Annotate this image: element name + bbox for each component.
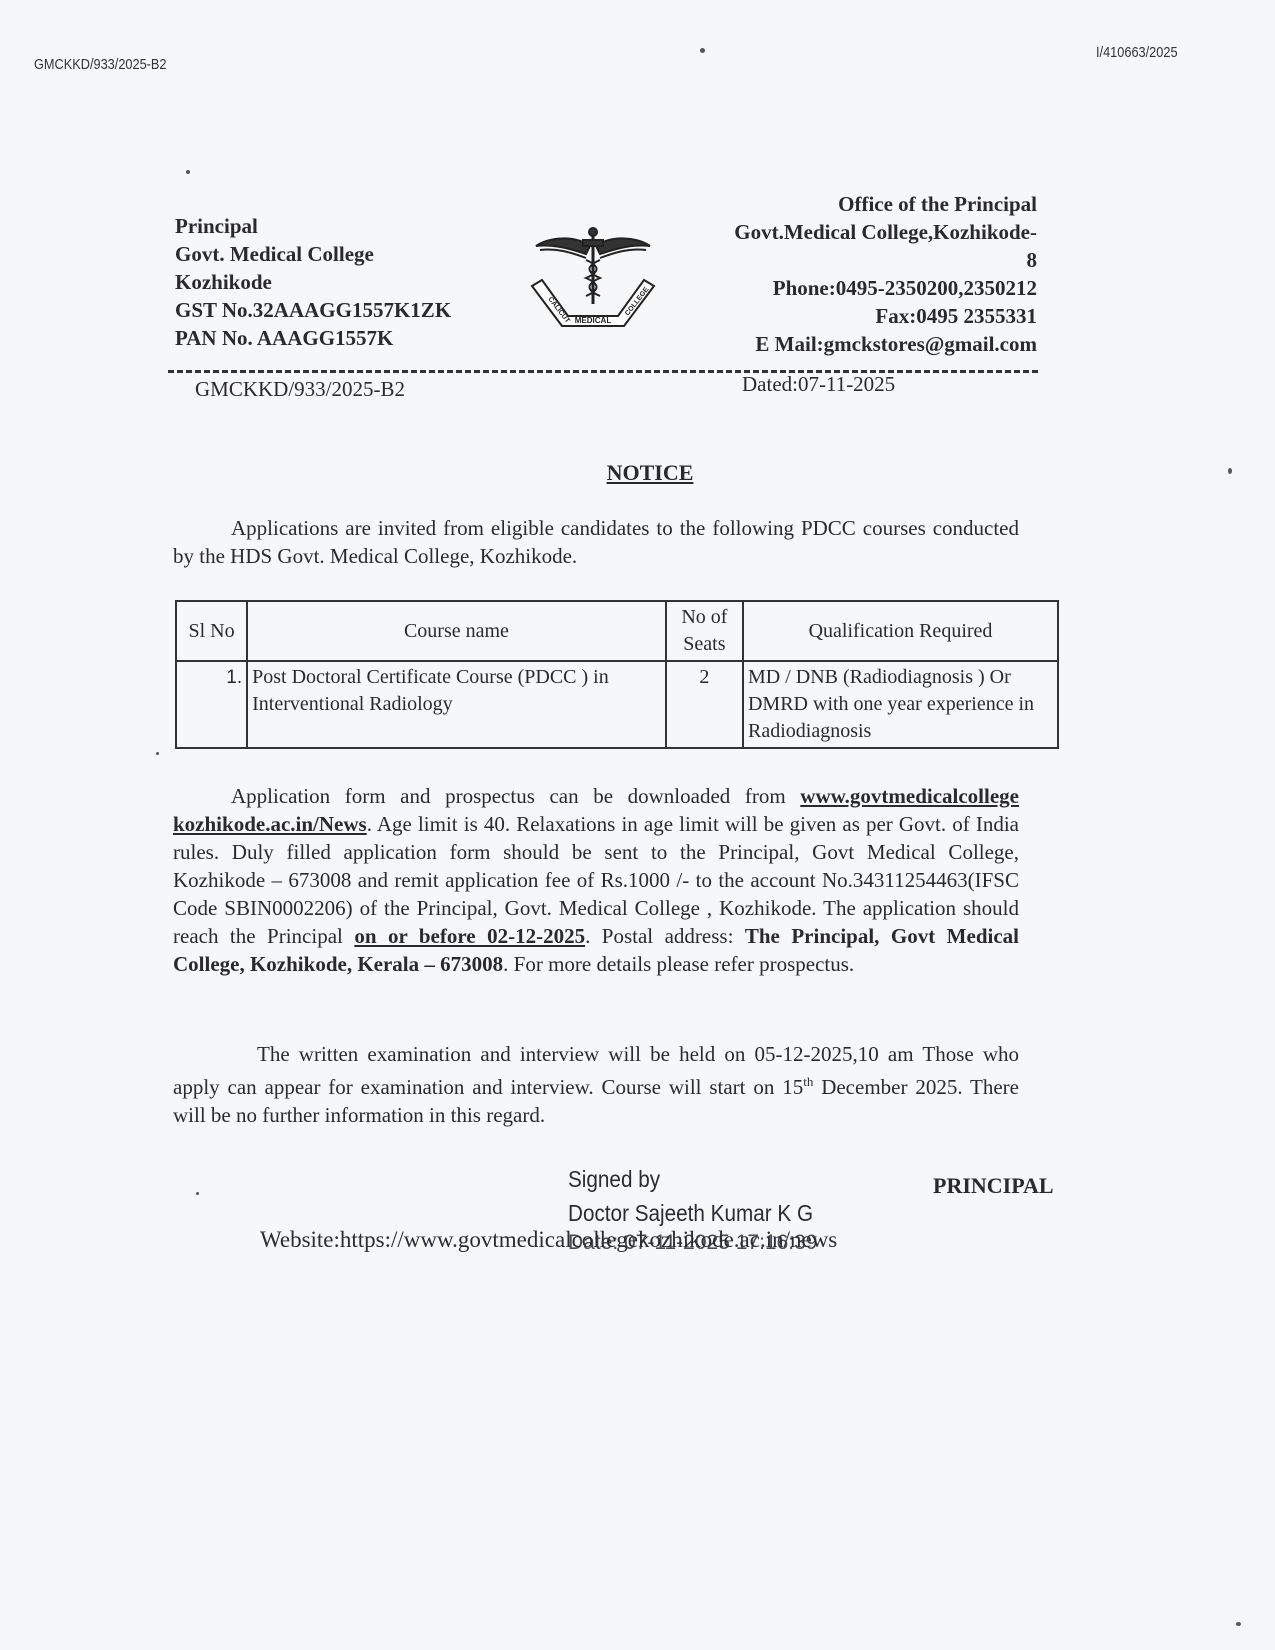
deadline: on or before 02-12-2025 bbox=[354, 924, 585, 948]
cell-qualification: MD / DNB (Radiodiagnosis ) Or DMRD with … bbox=[743, 661, 1058, 748]
scan-speck bbox=[196, 1192, 199, 1195]
application-paragraph: Application form and prospectus can be d… bbox=[173, 782, 1019, 978]
scan-speck bbox=[156, 752, 159, 755]
column-header-qualification: Qualification Required bbox=[743, 601, 1058, 661]
file-number-stamp: GMCKKD/933/2025-B2 bbox=[34, 56, 167, 73]
office-address: Govt.Medical College,Kozhikode- bbox=[734, 218, 1037, 246]
dated: Dated:07-11-2025 bbox=[742, 372, 895, 397]
letterhead-line: Kozhikode bbox=[175, 268, 451, 296]
notice-title: NOTICE bbox=[0, 460, 1275, 486]
digital-signature: Signed by Doctor Sajeeth Kumar K G bbox=[568, 1162, 813, 1230]
fax-number: Fax:0495 2355331 bbox=[734, 302, 1037, 330]
examination-paragraph: The written examination and interview wi… bbox=[173, 1040, 1019, 1129]
scan-speck bbox=[700, 48, 705, 53]
courses-table: Sl No Course name No of Seats Qualificat… bbox=[175, 600, 1059, 749]
scan-speck bbox=[186, 170, 190, 174]
designation: PRINCIPAL bbox=[933, 1173, 1054, 1199]
header-divider bbox=[168, 370, 1038, 373]
pan-number: PAN No. AAAGG1557K bbox=[175, 324, 451, 352]
ordinal-suffix: th bbox=[803, 1074, 813, 1089]
column-header-seats: No of Seats bbox=[666, 601, 743, 661]
caduceus-emblem-icon: MEDICAL CALICUT COLLEGE bbox=[528, 224, 658, 334]
column-header-course-name: Course name bbox=[247, 601, 666, 661]
intro-text: Applications are invited from eligible c… bbox=[173, 516, 1019, 568]
inward-number-stamp: I/410663/2025 bbox=[1096, 44, 1178, 61]
office-address-pin: 8 bbox=[734, 246, 1037, 274]
signed-by-label: Signed by bbox=[568, 1162, 813, 1196]
cell-sl-no: 1. bbox=[176, 661, 247, 748]
letterhead-left: Principal Govt. Medical College Kozhikod… bbox=[175, 212, 451, 352]
application-text: Application form and prospectus can be d… bbox=[231, 784, 800, 808]
scan-speck bbox=[1236, 1622, 1241, 1626]
letterhead-line: Principal bbox=[175, 212, 451, 240]
table-row: 1. Post Doctoral Certificate Course (PDC… bbox=[176, 661, 1058, 748]
letterhead-right: Office of the Principal Govt.Medical Col… bbox=[734, 190, 1037, 358]
svg-text:MEDICAL: MEDICAL bbox=[575, 316, 612, 325]
application-text: . Postal address: bbox=[585, 924, 745, 948]
email-address: E Mail:gmckstores@gmail.com bbox=[734, 330, 1037, 358]
cell-seats: 2 bbox=[666, 661, 743, 748]
scan-speck bbox=[1228, 468, 1232, 474]
application-text: . For more details please refer prospect… bbox=[503, 952, 854, 976]
phone-number: Phone:0495-2350200,2350212 bbox=[734, 274, 1037, 302]
gst-number: GST No.32AAAGG1557K1ZK bbox=[175, 296, 451, 324]
signature-date: Date: 07-11-2025 17:16:39 bbox=[568, 1231, 817, 1255]
cell-course-name: Post Doctoral Certificate Course (PDCC )… bbox=[247, 661, 666, 748]
signer-name: Doctor Sajeeth Kumar K G bbox=[568, 1196, 813, 1230]
table-header-row: Sl No Course name No of Seats Qualificat… bbox=[176, 601, 1058, 661]
office-title: Office of the Principal bbox=[734, 190, 1037, 218]
intro-paragraph: Applications are invited from eligible c… bbox=[173, 514, 1019, 570]
reference-number: GMCKKD/933/2025-B2 bbox=[195, 377, 405, 402]
letterhead-line: Govt. Medical College bbox=[175, 240, 451, 268]
column-header-sl-no: Sl No bbox=[176, 601, 247, 661]
